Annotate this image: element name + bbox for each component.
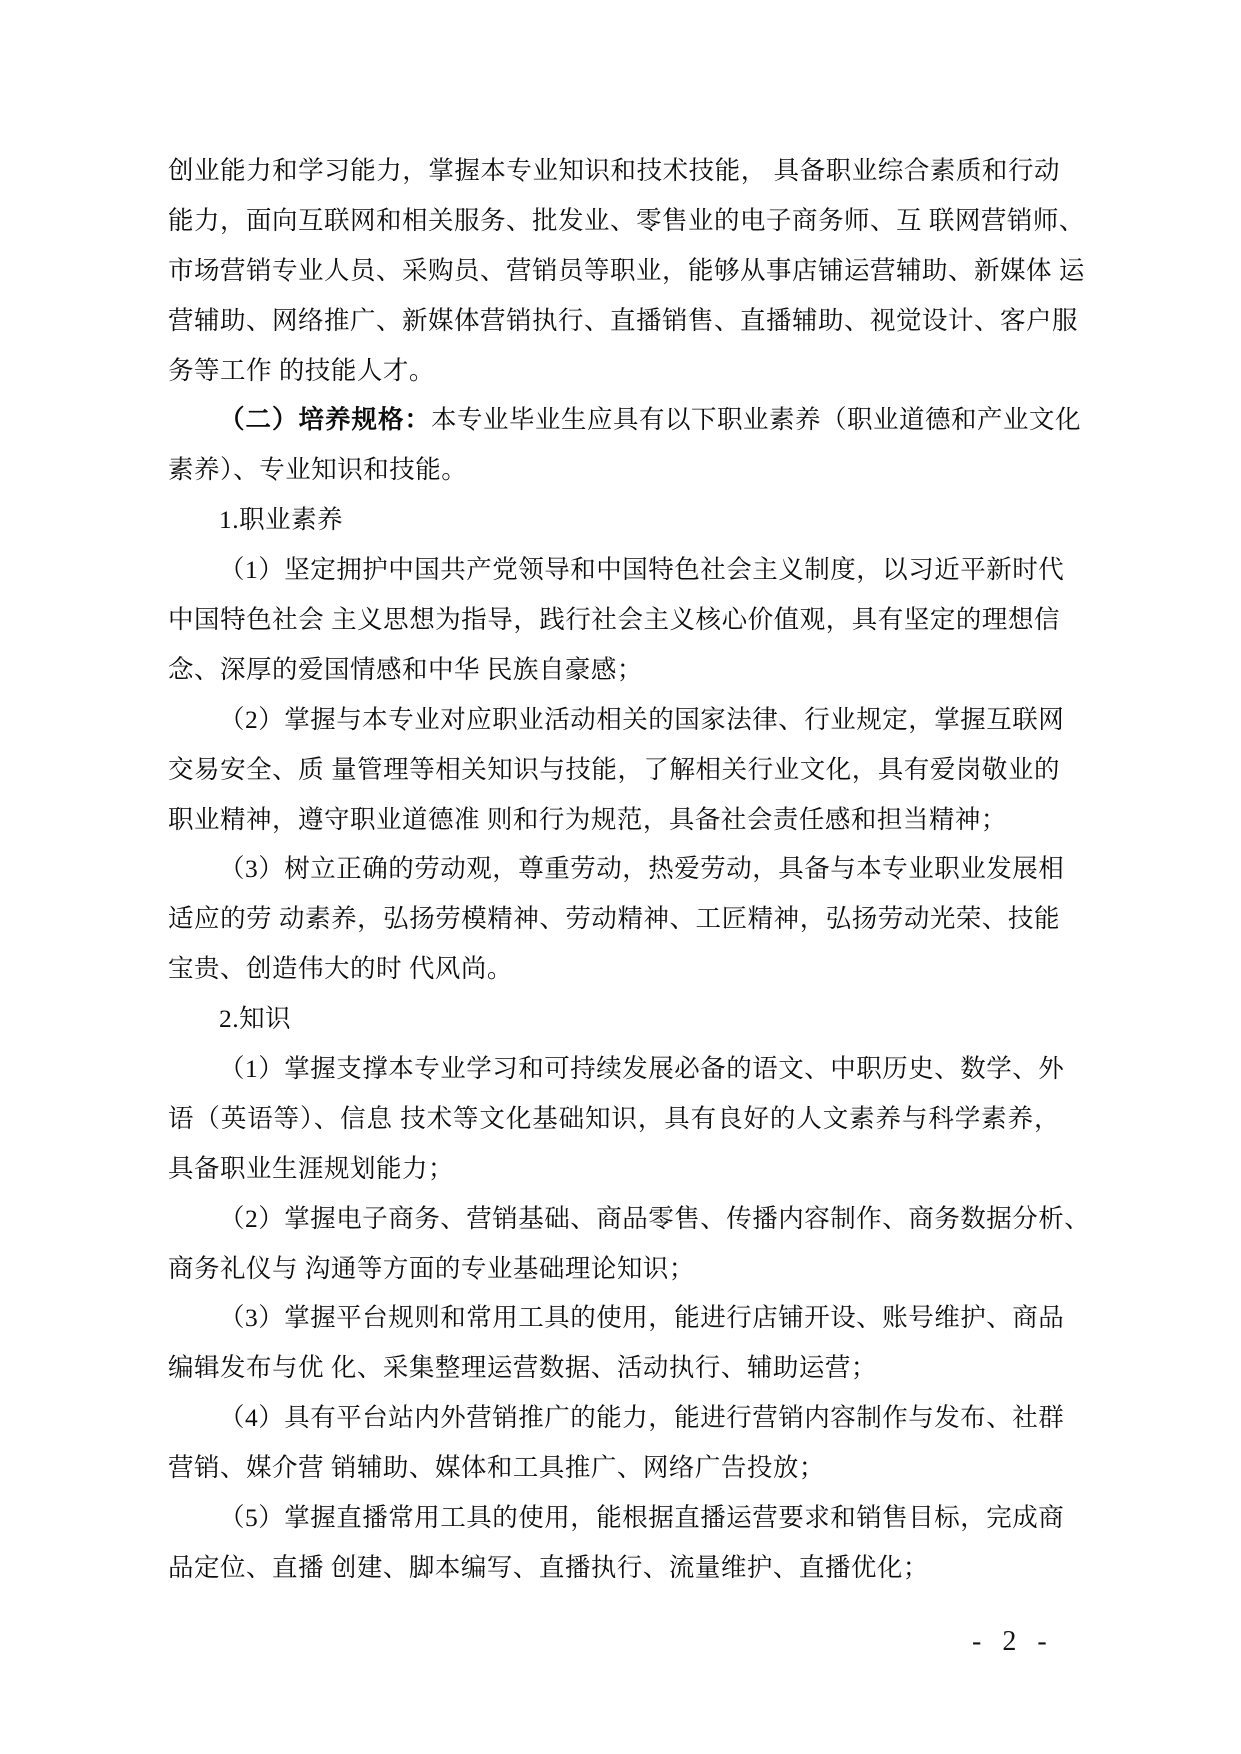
text-line: 务等工作 的技能人才。 <box>168 346 1060 396</box>
text-line: 创业能力和学习能力，掌握本专业知识和技术技能， 具备职业综合素质和行动 <box>168 146 1060 196</box>
text-line: 营销、媒介营 销辅助、媒体和工具推广、网络广告投放； <box>168 1443 1060 1493</box>
text-line: （2）掌握电子商务、营销基础、商品零售、传播内容制作、商务数据分析、 <box>168 1194 1060 1244</box>
section-heading: （二）培养规格： <box>219 406 431 434</box>
text-line: 语（英语等）、信息 技术等文化基础知识，具有良好的人文素养与科学素养， <box>168 1094 1060 1144</box>
text-line: 编辑发布与优 化、采集整理运营数据、活动执行、辅助运营； <box>168 1343 1060 1393</box>
text-line: 市场营销专业人员、采购员、营销员等职业，能够从事店铺运营辅助、新媒体 运 <box>168 246 1060 296</box>
text-line: 交易安全、质 量管理等相关知识与技能，了解相关行业文化，具有爱岗敬业的 <box>168 745 1060 795</box>
text-line: （二）培养规格：本专业毕业生应具有以下职业素养（职业道德和产业文化 <box>168 395 1060 445</box>
text-line: 适应的劳 动素养，弘扬劳模精神、劳动精神、工匠精神，弘扬劳动光荣、技能 <box>168 894 1060 944</box>
text-line: 素养）、专业知识和技能。 <box>168 445 1060 495</box>
text-line: 念、深厚的爱国情感和中华 民族自豪感； <box>168 645 1060 695</box>
text-line: （1）掌握支撑本专业学习和可持续发展必备的语文、中职历史、数学、外 <box>168 1044 1060 1094</box>
document-body: 创业能力和学习能力，掌握本专业知识和技术技能， 具备职业综合素质和行动能力，面向… <box>168 146 1060 1593</box>
text-line: 具备职业生涯规划能力； <box>168 1144 1060 1194</box>
text-line: 2.知识 <box>168 994 1060 1044</box>
text-line: （5）掌握直播常用工具的使用，能根据直播运营要求和销售目标，完成商 <box>168 1493 1060 1543</box>
text-line: 营辅助、网络推广、新媒体营销执行、直播销售、直播辅助、视觉设计、客户服 <box>168 296 1060 346</box>
text-line: （4）具有平台站内外营销推广的能力，能进行营销内容制作与发布、社群 <box>168 1393 1060 1443</box>
page-number: - 2 - <box>972 1626 1054 1657</box>
text-line: 品定位、直播 创建、脚本编写、直播执行、流量维护、直播优化； <box>168 1543 1060 1593</box>
text-line: 职业精神，遵守职业道德准 则和行为规范，具备社会责任感和担当精神； <box>168 795 1060 845</box>
text-line: （2）掌握与本专业对应职业活动相关的国家法律、行业规定，掌握互联网 <box>168 695 1060 745</box>
page-footer: - 2 - <box>972 1626 1054 1658</box>
text-line: （1）坚定拥护中国共产党领导和中国特色社会主义制度，以习近平新时代 <box>168 545 1060 595</box>
text-line: （3）掌握平台规则和常用工具的使用，能进行店铺开设、账号维护、商品 <box>168 1293 1060 1343</box>
text-line: 商务礼仪与 沟通等方面的专业基础理论知识； <box>168 1244 1060 1294</box>
text-line: 宝贵、创造伟大的时 代风尚。 <box>168 944 1060 994</box>
text-line: 1.职业素养 <box>168 495 1060 545</box>
text-line: 能力，面向互联网和相关服务、批发业、零售业的电子商务师、互 联网营销师、 <box>168 196 1060 246</box>
document-page: 创业能力和学习能力，掌握本专业知识和技术技能， 具备职业综合素质和行动能力，面向… <box>0 0 1241 1754</box>
text-line: 中国特色社会 主义思想为指导，践行社会主义核心价值观，具有坚定的理想信 <box>168 595 1060 645</box>
text-line: （3）树立正确的劳动观，尊重劳动，热爱劳动，具备与本专业职业发展相 <box>168 844 1060 894</box>
